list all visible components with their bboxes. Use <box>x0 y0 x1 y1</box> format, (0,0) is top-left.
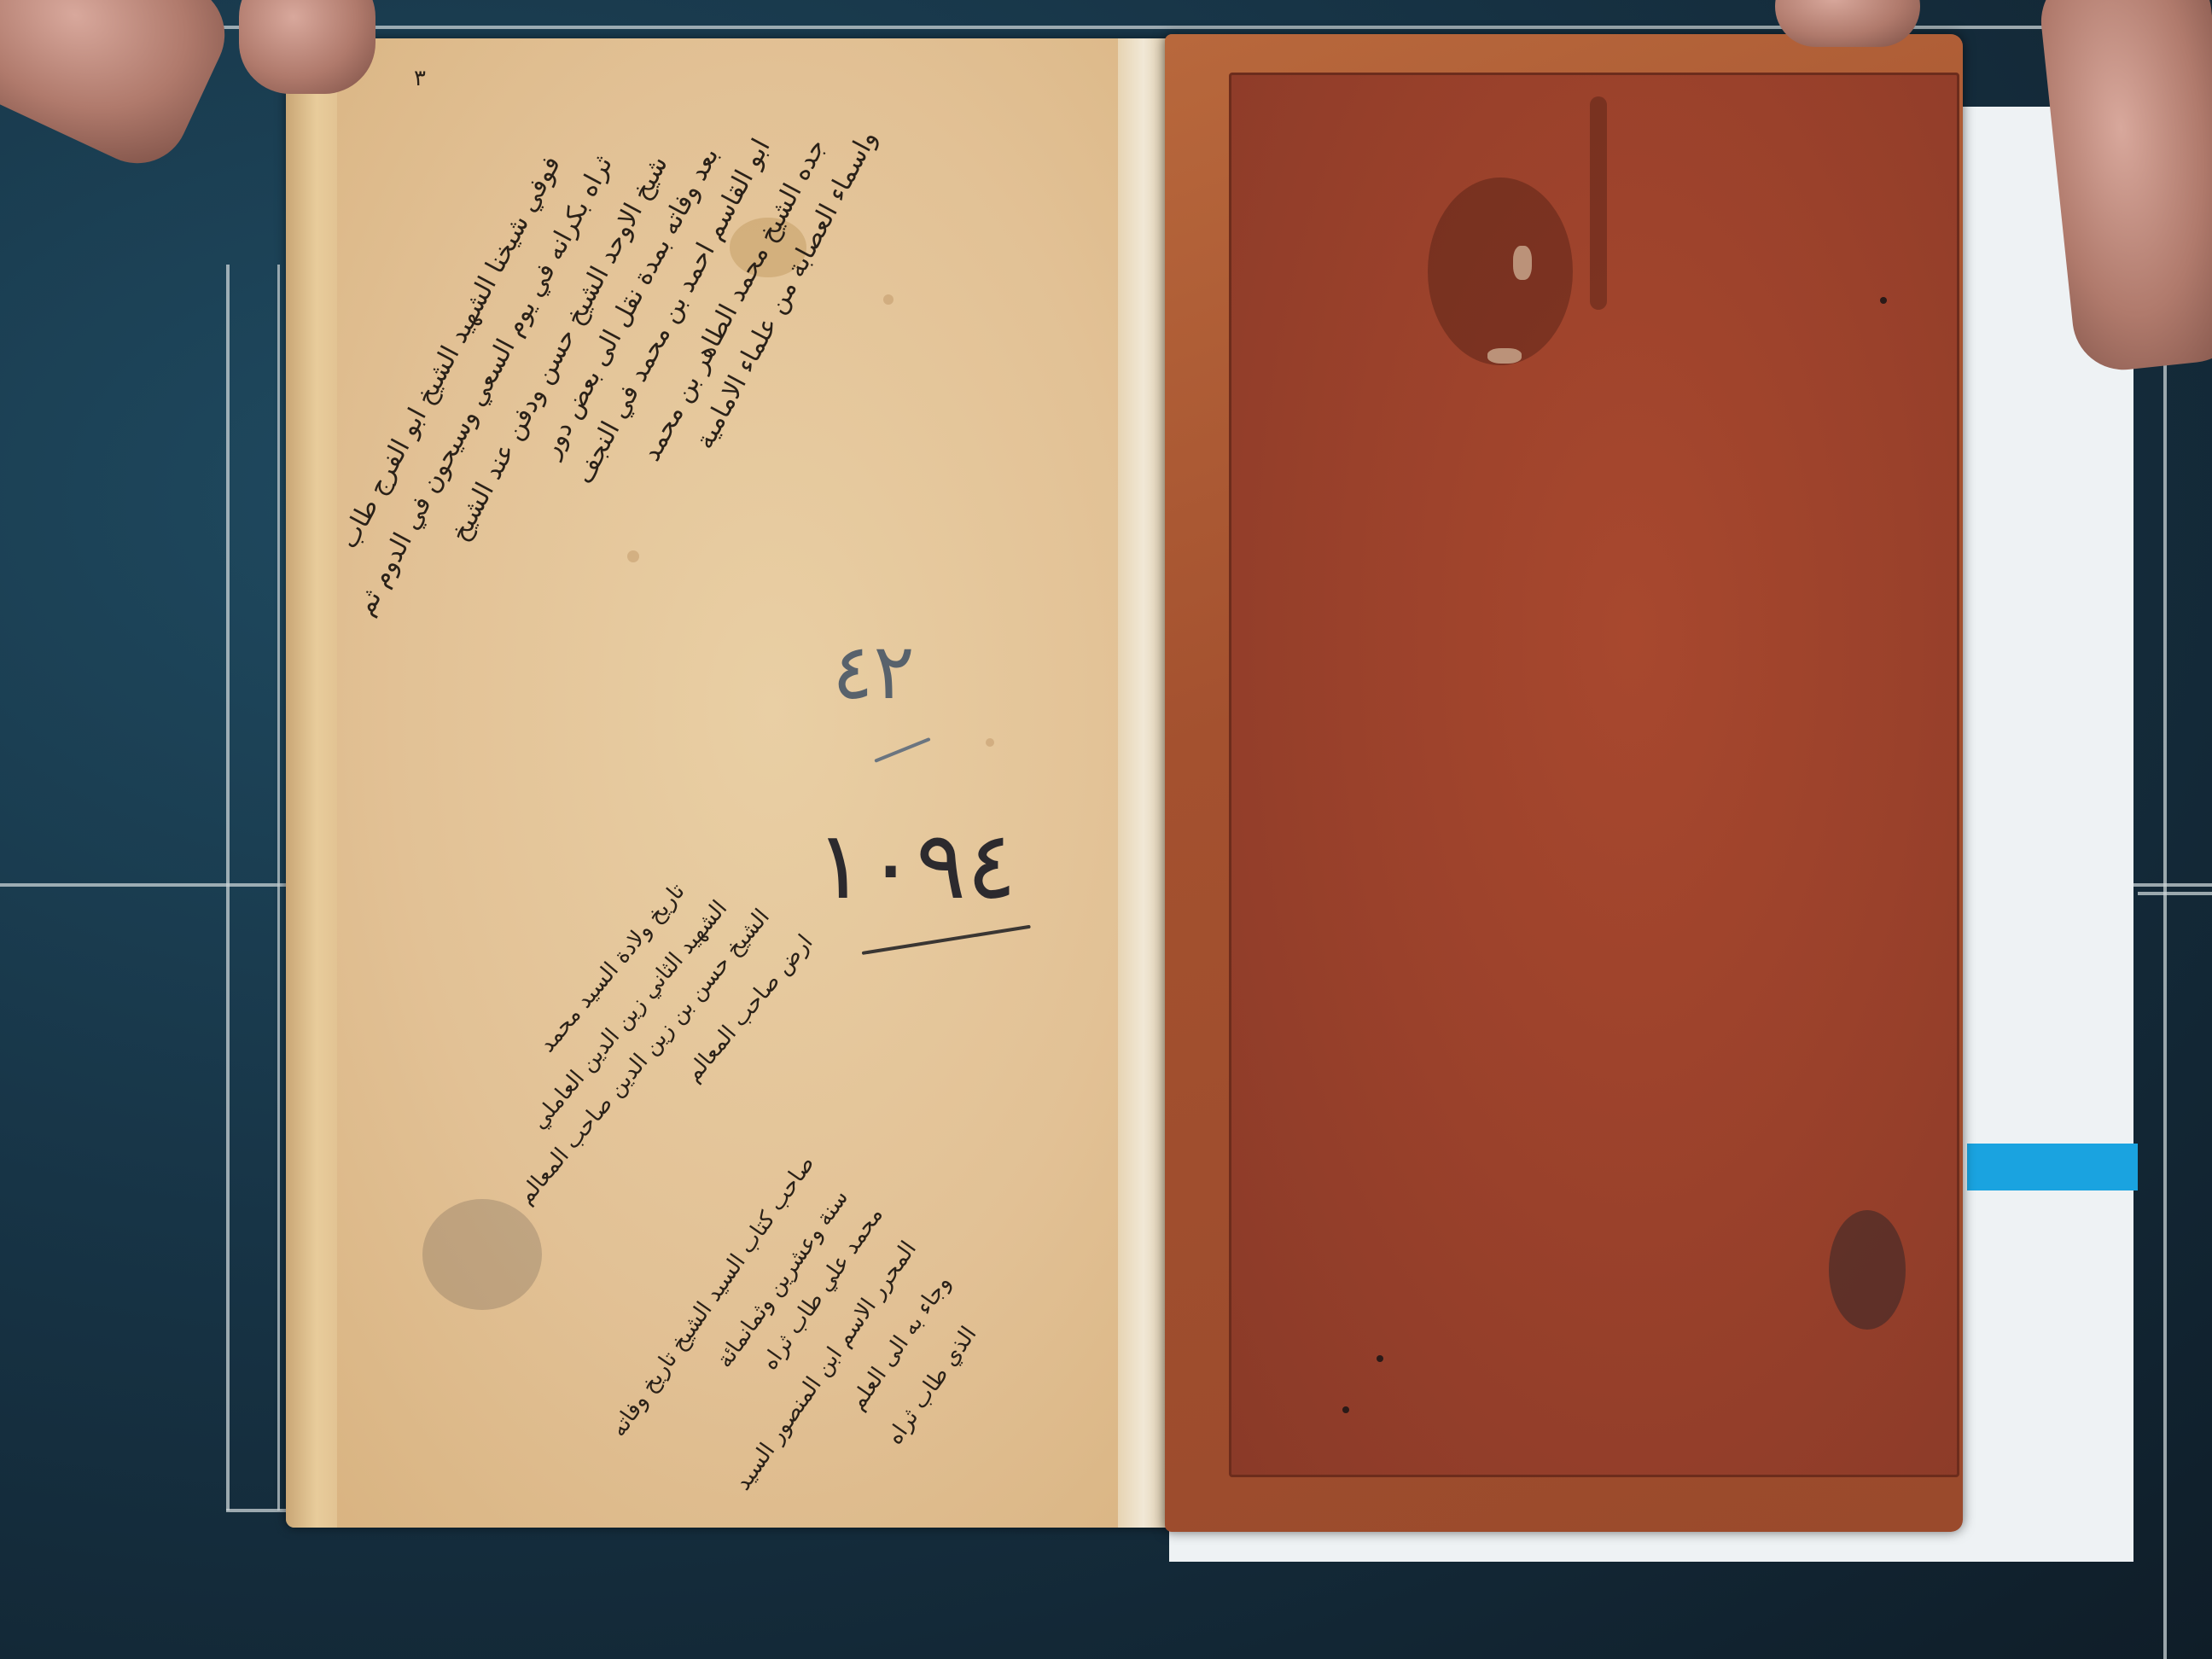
ink-accession-number: ١٠٩٤ <box>815 811 1016 920</box>
blue-stripe <box>1967 1144 2138 1190</box>
cover-drip <box>1590 96 1607 310</box>
pencil-underline <box>874 737 930 763</box>
note-line: فوفي شيخنا الشهيد الشيخ ابو الفرج طاب <box>331 149 571 556</box>
corner-mark: ٣ <box>414 60 426 97</box>
cover-wear <box>1487 348 1522 364</box>
page-fore-edge <box>286 38 337 1528</box>
mat-line-h-right <box>2138 892 2212 895</box>
cover-dot <box>1342 1406 1349 1413</box>
leather-cover <box>1165 34 1963 1532</box>
foxing-spot <box>627 550 639 562</box>
left-hand-fingers <box>0 0 242 180</box>
foxing-spot <box>422 1199 542 1310</box>
page-gutter <box>1118 38 1169 1528</box>
right-hand-thumb <box>1775 0 1920 47</box>
cover-dot <box>1880 297 1887 304</box>
foxing-spot <box>883 294 894 305</box>
cover-inner-panel <box>1229 73 1959 1477</box>
cover-wear <box>1513 246 1532 280</box>
left-hand-thumb <box>239 0 375 94</box>
cover-stain <box>1428 178 1573 365</box>
mat-line-v-left2 <box>277 265 280 1511</box>
cover-dot <box>1377 1355 1383 1362</box>
foxing-spot <box>986 738 994 747</box>
manuscript-left-page: ٣ فوفي شيخنا الشهيد الشيخ ابو الفرج طاب … <box>286 38 1169 1528</box>
mat-line-v-left <box>226 265 230 1511</box>
cover-stain-lower <box>1829 1210 1906 1330</box>
ink-underline <box>862 925 1031 955</box>
pencil-folio-number: ٤٢ <box>832 627 915 717</box>
